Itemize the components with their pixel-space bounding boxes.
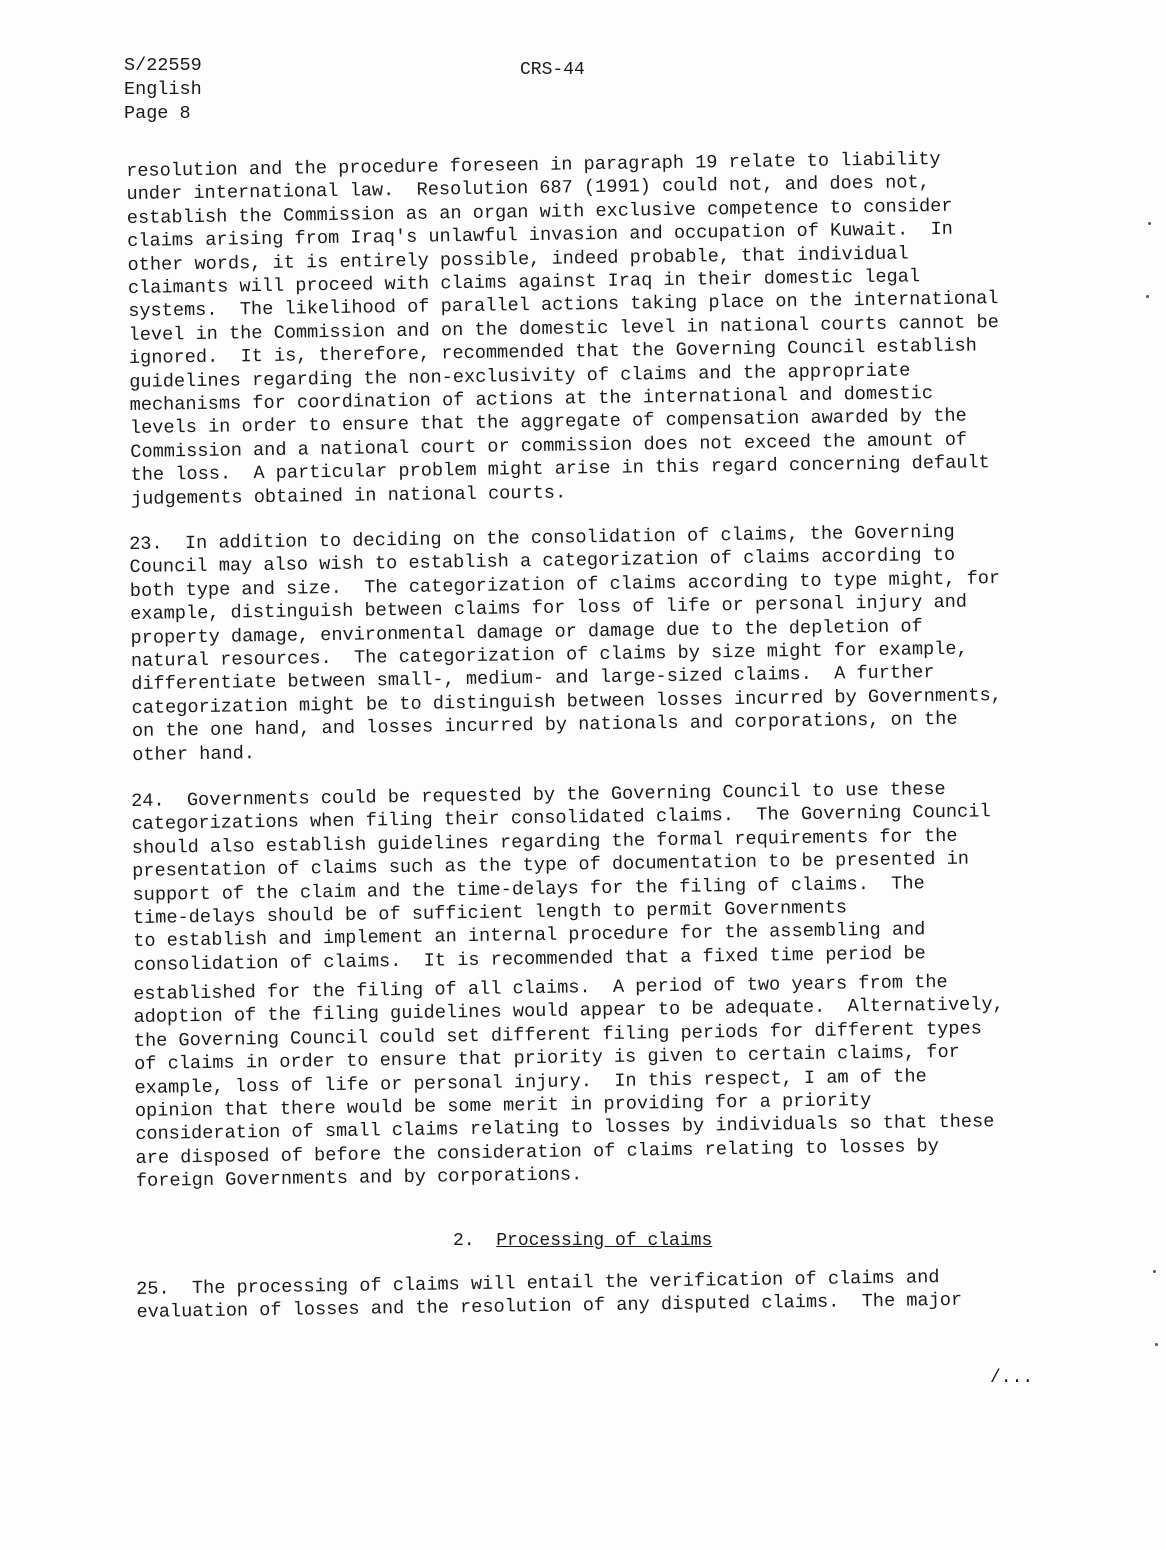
paragraph-24: 24. Governments could be requested by th… bbox=[131, 777, 993, 977]
section-title: Processing of claims bbox=[496, 1231, 712, 1251]
continued-marker: /... bbox=[990, 1368, 1033, 1388]
paragraph-23: 23. In addition to deciding on the conso… bbox=[129, 520, 1003, 767]
document-symbol: S/22559 bbox=[124, 54, 202, 78]
report-code: CRS-44 bbox=[520, 60, 585, 80]
page-number: Page 8 bbox=[124, 102, 202, 126]
scan-speck bbox=[1153, 1270, 1156, 1273]
paragraph-24-continued: established for the filing of all claims… bbox=[133, 970, 1006, 1194]
document-language: English bbox=[124, 78, 202, 102]
scan-speck bbox=[1146, 295, 1149, 298]
paragraph-25: 25. The processing of claims will entail… bbox=[136, 1266, 962, 1325]
scan-speck bbox=[1155, 1343, 1158, 1346]
document-header: S/22559 English Page 8 bbox=[124, 54, 202, 126]
section-heading: 2. Processing of claims bbox=[453, 1231, 712, 1251]
section-number: 2. bbox=[453, 1231, 475, 1251]
scan-speck bbox=[1148, 222, 1151, 225]
document-page: S/22559 English Page 8 CRS-44 resolution… bbox=[0, 0, 1166, 1550]
paragraph-intro: resolution and the procedure foreseen in… bbox=[126, 147, 1001, 511]
